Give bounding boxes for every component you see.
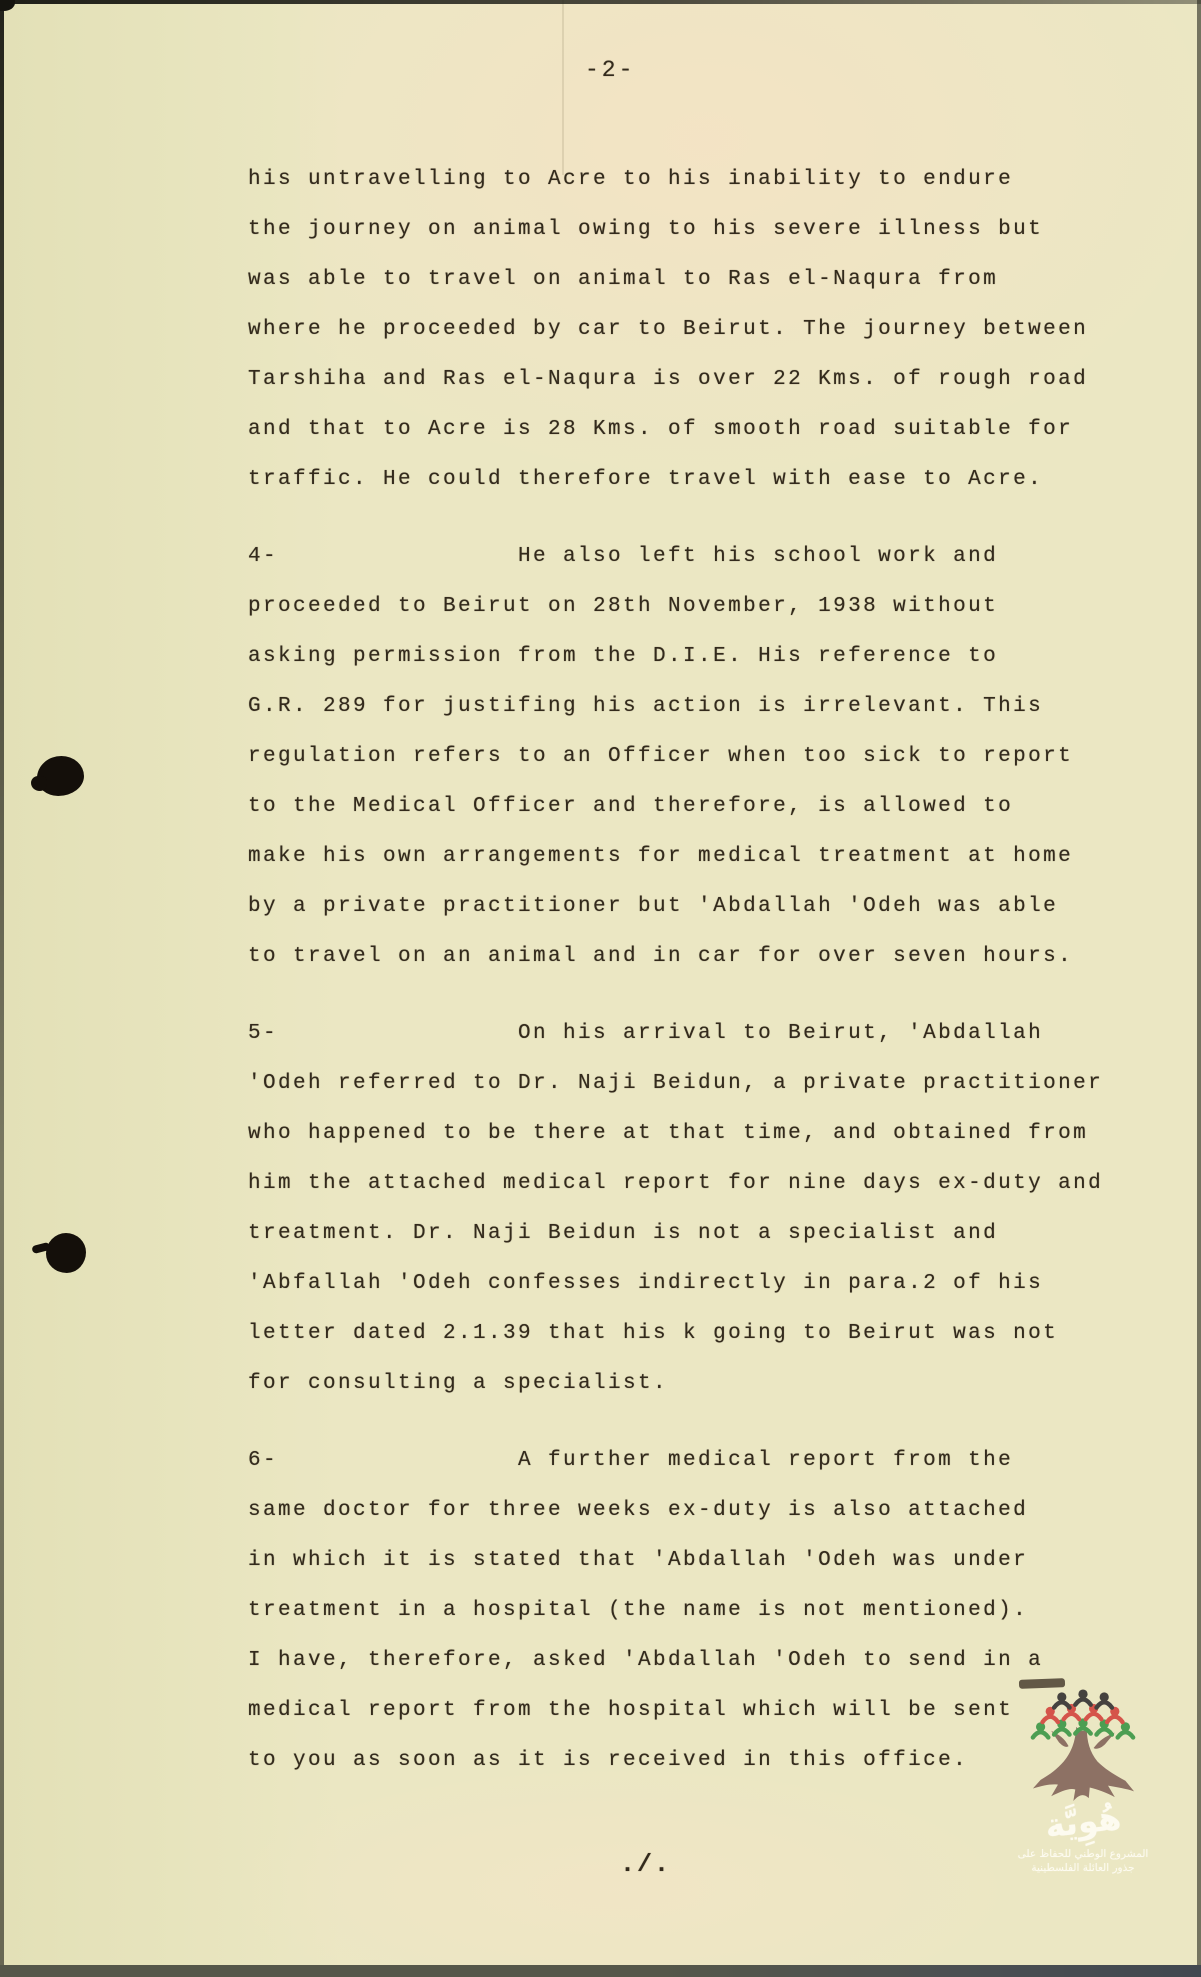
typewritten-line: 4- He also left his school work and	[248, 532, 1103, 582]
paragraph: 4- He also left his school work andproce…	[248, 532, 1103, 982]
typewritten-line: in which it is stated that 'Abdallah 'Od…	[248, 1536, 1103, 1586]
typewritten-line: medical report from the hospital which w…	[248, 1686, 1103, 1736]
typewritten-line: to travel on an animal and in car for ov…	[248, 932, 1103, 982]
typewritten-line: letter dated 2.1.39 that his k going to …	[248, 1309, 1103, 1359]
paragraph: 5- On his arrival to Beirut, 'Abdallah'O…	[248, 1009, 1103, 1409]
watermark-org-text: المشروع الوطني للحفاظ على جذور العائلة ا…	[1013, 1848, 1153, 1875]
typewritten-line: his untravelling to Acre to his inabilit…	[248, 155, 1103, 205]
scan-edge-right	[1197, 0, 1201, 1977]
page-number: -2-	[585, 55, 635, 85]
typewritten-line: to you as soon as it is received in this…	[248, 1736, 1103, 1786]
people-tree-icon	[1030, 1688, 1136, 1810]
typewritten-line: G.R. 289 for justifing his action is irr…	[248, 682, 1103, 732]
scan-edge-bottom	[0, 1965, 1201, 1977]
typewritten-line: for consulting a specialist.	[248, 1359, 1103, 1409]
typewritten-line: where he proceeded by car to Beirut. The…	[248, 305, 1103, 355]
typewritten-line: treatment. Dr. Naji Beidun is not a spec…	[248, 1209, 1103, 1259]
scan-edge-left	[0, 0, 4, 1977]
typewritten-line: make his own arrangements for medical tr…	[248, 832, 1103, 882]
typewritten-line: I have, therefore, asked 'Abdallah 'Odeh…	[248, 1636, 1103, 1686]
paragraph: 6- A further medical report from thesame…	[248, 1436, 1103, 1786]
typewritten-line: same doctor for three weeks ex-duty is a…	[248, 1486, 1103, 1536]
typewritten-line: traffic. He could therefore travel with …	[248, 455, 1103, 505]
typewritten-line: 'Odeh referred to Dr. Naji Beidun, a pri…	[248, 1059, 1103, 1109]
archive-watermark: هُوِيَّة المشروع الوطني للحفاظ على جذور …	[1013, 1688, 1153, 1875]
paragraph: his untravelling to Acre to his inabilit…	[248, 155, 1103, 505]
typewritten-line: to the Medical Officer and therefore, is…	[248, 782, 1103, 832]
text-block: his untravelling to Acre to his inabilit…	[248, 155, 1103, 1786]
scanned-document-page: -2- his untravelling to Acre to his inab…	[0, 0, 1201, 1977]
typewritten-line: Tarshiha and Ras el-Naqura is over 22 Km…	[248, 355, 1103, 405]
scan-edge-top	[0, 0, 1201, 4]
typewritten-line: proceeded to Beirut on 28th November, 19…	[248, 582, 1103, 632]
watermark-org-line2: جذور العائلة الفلسطينية	[1013, 1862, 1153, 1876]
typewritten-line: 6- A further medical report from the	[248, 1436, 1103, 1486]
typewritten-line: was able to travel on animal to Ras el-N…	[248, 255, 1103, 305]
typewritten-line: regulation refers to an Officer when too…	[248, 732, 1103, 782]
typewritten-line: by a private practitioner but 'Abdallah …	[248, 882, 1103, 932]
ink-blot	[46, 1233, 86, 1273]
paper-crease	[562, 0, 564, 175]
typewritten-line: 5- On his arrival to Beirut, 'Abdallah	[248, 1009, 1103, 1059]
typewritten-line: who happened to be there at that time, a…	[248, 1109, 1103, 1159]
continuation-mark: ./.	[620, 1850, 671, 1879]
watermark-org-line1: المشروع الوطني للحفاظ على	[1013, 1848, 1153, 1862]
typewritten-line: the journey on animal owing to his sever…	[248, 205, 1103, 255]
typewritten-line: and that to Acre is 28 Kms. of smooth ro…	[248, 405, 1103, 455]
typewritten-line: 'Abfallah 'Odeh confesses indirectly in …	[248, 1259, 1103, 1309]
typewritten-line: him the attached medical report for nine…	[248, 1159, 1103, 1209]
typewritten-line: treatment in a hospital (the name is not…	[248, 1586, 1103, 1636]
typewritten-line: asking permission from the D.I.E. His re…	[248, 632, 1103, 682]
